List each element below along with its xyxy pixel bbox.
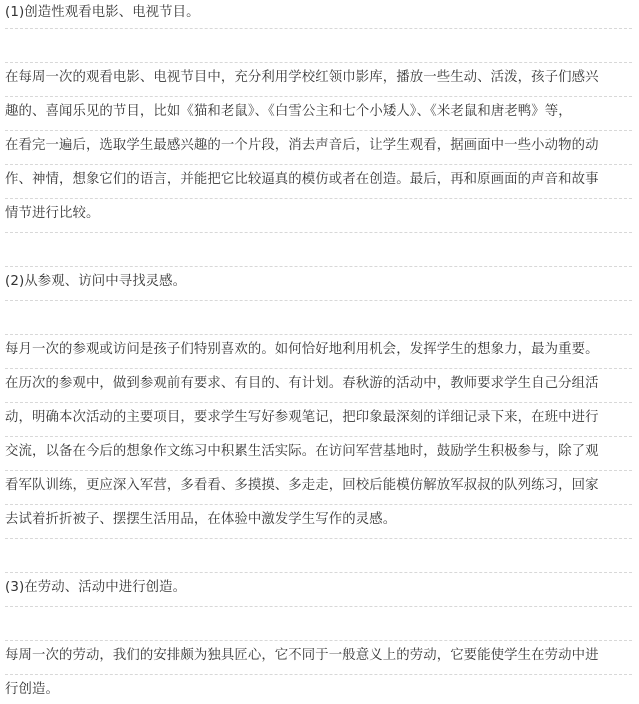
paragraph-line: 去试着折折被子、摆摆生活用品，在体验中激发学生写作的灵感。 [5,505,632,539]
heading-2: (2)从参观、访问中寻找灵感。 [5,267,632,301]
paragraph-line: 动，明确本次活动的主要项目，要求学生写好参观笔记，把印象最深刻的详细记录下来，在… [5,403,632,437]
paragraph-line: 作、神情，想象它们的语言，并能把它比较逼真的模仿或者在创造。最后，再和原画面的声… [5,165,632,199]
paragraph-line: 趣的、喜闻乐见的节目，比如《猫和老鼠》、《白雪公主和七个小矮人》、《米老鼠和唐老… [5,97,632,131]
paragraph-line: 行创造。 [5,675,632,704]
heading-1: (1)创造性观看电影、电视节目。 [5,0,632,29]
heading-3: (3)在劳动、活动中进行创造。 [5,573,632,607]
paragraph-line: 在每周一次的观看电影、电视节目中，充分利用学校红领巾影库，播放一些生动、活泼，孩… [5,63,632,97]
blank-line [5,539,632,573]
paragraph-line: 在看完一遍后，选取学生最感兴趣的一个片段，消去声音后，让学生观看，据画面中一些小… [5,131,632,165]
blank-line [5,301,632,335]
paragraph-line: 情节进行比较。 [5,199,632,233]
document-body: (1)创造性观看电影、电视节目。 在每周一次的观看电影、电视节目中，充分利用学校… [0,0,639,704]
paragraph-line: 每月一次的参观或访问是孩子们特别喜欢的。如何恰好地利用机会，发挥学生的想象力，最… [5,335,632,369]
paragraph-line: 每周一次的劳动，我们的安排颇为独具匠心，它不同于一般意义上的劳动，它要能使学生在… [5,641,632,675]
blank-line [5,29,632,63]
paragraph-line: 看军队训练，更应深入军营，多看看、多摸摸、多走走，回校后能模仿解放军叔叔的队列练… [5,471,632,505]
blank-line [5,233,632,267]
paragraph-line: 在历次的参观中，做到参观前有要求、有目的、有计划。春秋游的活动中，教师要求学生自… [5,369,632,403]
blank-line [5,607,632,641]
paragraph-line: 交流，以备在今后的想象作文练习中积累生活实际。在访问军营基地时，鼓励学生积极参与… [5,437,632,471]
